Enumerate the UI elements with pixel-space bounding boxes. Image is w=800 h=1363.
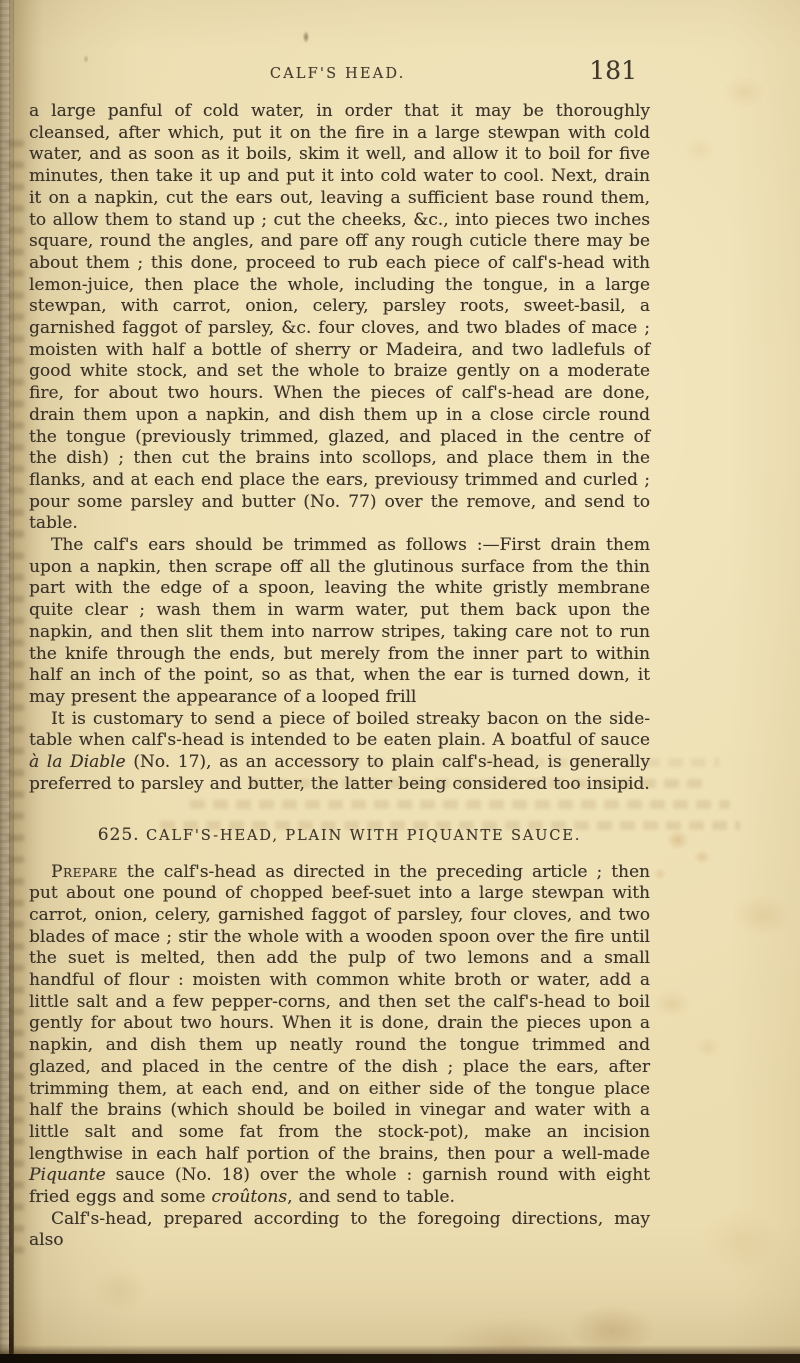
text-segment: croûtons <box>211 1187 287 1207</box>
text-segment: It is customary to send a piece of boile… <box>29 709 650 751</box>
text-segment: à la Diable <box>29 752 126 772</box>
running-header-title: CALF'S HEAD. <box>270 66 406 82</box>
section-heading: 625. CALF'S-HEAD, PLAIN WITH PIQUANTE SA… <box>29 818 650 846</box>
paragraph-2: The calf's ears should be trimmed as fol… <box>29 535 650 709</box>
page-number: 181 <box>589 56 637 85</box>
paragraph-5: Prepare the calf's-head as directed in t… <box>29 862 650 1209</box>
paragraph-1: a large panful of cold water, in order t… <box>29 101 650 535</box>
gutter-show-through-text <box>7 140 24 1260</box>
text-segment: The calf's ears should be trimmed as fol… <box>29 535 650 707</box>
paragraph-3: It is customary to send a piece of boile… <box>29 709 650 796</box>
text-segment: , and send to table. <box>287 1187 455 1207</box>
text-segment: Piquante <box>29 1165 106 1185</box>
text-segment: Prepare <box>51 862 118 882</box>
section-heading-number: 625. <box>98 825 146 845</box>
running-header: CALF'S HEAD. 181 <box>28 58 650 88</box>
text-segment: a large panful of cold water, in order t… <box>29 101 650 533</box>
text-segment: the calf's-head as directed in the prece… <box>29 862 650 1164</box>
book-page-scan: CALF'S HEAD. 181 a large panful of cold … <box>0 0 800 1363</box>
text-segment: Calf's-head, prepared according to the f… <box>29 1209 650 1251</box>
text-column: a large panful of cold water, in order t… <box>29 101 650 1252</box>
scan-bottom-edge <box>0 1354 800 1363</box>
section-heading-title: CALF'S-HEAD, PLAIN WITH PIQUANTE SAUCE. <box>146 828 581 844</box>
paragraph-6: Calf's-head, prepared according to the f… <box>29 1209 650 1252</box>
bottom-edge-shadow <box>0 1345 800 1354</box>
